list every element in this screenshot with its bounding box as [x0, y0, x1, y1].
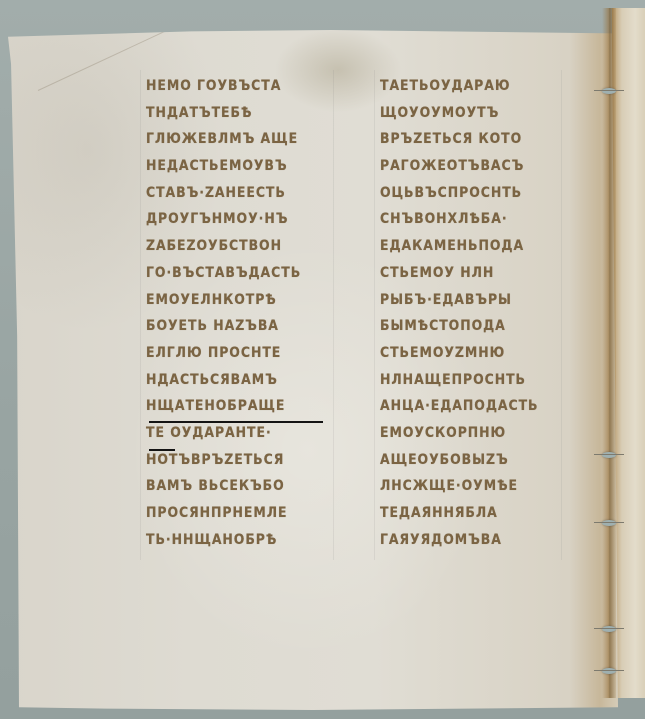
text-line: НЛНАЩЕПРОСНТЬ: [380, 370, 560, 397]
text-line: СНЪВОНХЛѢБА·: [380, 209, 560, 236]
underline-mark: [149, 421, 323, 423]
binding-stitch-icon: [594, 88, 624, 94]
text-line: БОУЕТЬ НАZЪВА: [146, 316, 336, 343]
text-column-left: НЕМО ГОУВЪСТА ТНДАТЪТЕБѢ ГЛЮЖЕВЛМЪ АЩЕ Н…: [146, 76, 336, 556]
text-line: ГЛЮЖЕВЛМЪ АЩЕ: [146, 129, 336, 156]
text-line: РЫБЪ·ЕДАВЪРЫ: [380, 290, 560, 317]
binding-gutter: [602, 8, 616, 698]
text-line: ТНДАТЪТЕБѢ: [146, 103, 336, 130]
text-line: СТАВЪ·ZАНЕЕСТЬ: [146, 183, 336, 210]
text-line: АЩЕОУБОВЫZЪ: [380, 450, 560, 477]
text-line: НОТЪВРЪZЕТЬСЯ: [146, 450, 336, 477]
text-line: ЕДАКАМЕНЬПОДА: [380, 236, 560, 263]
text-line: АНЦА·ЕДАПОДАСТЬ: [380, 396, 560, 423]
text-line-underlined: ТЕ ОУДАРАНТЕ·: [146, 423, 336, 450]
text-line: ГАЯУЯДОМЪВА: [380, 530, 560, 557]
text-column-right: ТАЕТЬОУДАРАЮ ЩОУОУМОУТЪ ВРЪZЕТЬСЯ КОТО Р…: [380, 76, 560, 556]
text-line: ЛНСЖЩЕ·ОУМѢЕ: [380, 476, 560, 503]
binding-stitch-icon: [594, 520, 624, 526]
text-line: НЕМО ГОУВЪСТА: [146, 76, 336, 103]
text-line-underlined: НЩАТЕНОБРАЩЕ: [146, 396, 336, 423]
text-line: БЫМѢСТОПОДА: [380, 316, 560, 343]
text-line: ТЕДАЯННЯБЛА: [380, 503, 560, 530]
text-line: ОЦЬВЪСПРОСНТЬ: [380, 183, 560, 210]
text-line: ТАЕТЬОУДАРАЮ: [380, 76, 560, 103]
text-line: ВРЪZЕТЬСЯ КОТО: [380, 129, 560, 156]
binding-stitch-icon: [594, 452, 624, 458]
text-line: ВАМЪ ВЬСЕКЪБО: [146, 476, 336, 503]
text-line: ПРОСЯНПРНЕМЛЕ: [146, 503, 336, 530]
text-line: ЕМОУЕЛНКОТРѢ: [146, 290, 336, 317]
text-line: НДАСТЬСЯВАМЪ: [146, 370, 336, 397]
binding-stitch-icon: [594, 626, 624, 632]
text-line: ZАБЕZОУБСТВОН: [146, 236, 336, 263]
text-line: СТЬЕМОУ НЛН: [380, 263, 560, 290]
text-line: РАГОЖЕОТЪВАСЪ: [380, 156, 560, 183]
text-line: ТЬ·ННЩАНОБРѢ: [146, 530, 336, 557]
binding-stitch-icon: [594, 668, 624, 674]
text-line: ЕМОУСКОРПНЮ: [380, 423, 560, 450]
text-line: ГО·ВЪСТАВЪДАСТЬ: [146, 263, 336, 290]
text-line: СТЬЕМОУZМНЮ: [380, 343, 560, 370]
text-line: ЩОУОУМОУТЪ: [380, 103, 560, 130]
text-line: ДРОУГЪНМОУ·НЪ: [146, 209, 336, 236]
underline-mark-short: [149, 449, 175, 451]
text-line: НЕДАСТЬЕМОУВЪ: [146, 156, 336, 183]
text-line: ЕЛГЛЮ ПРОСНТЕ: [146, 343, 336, 370]
